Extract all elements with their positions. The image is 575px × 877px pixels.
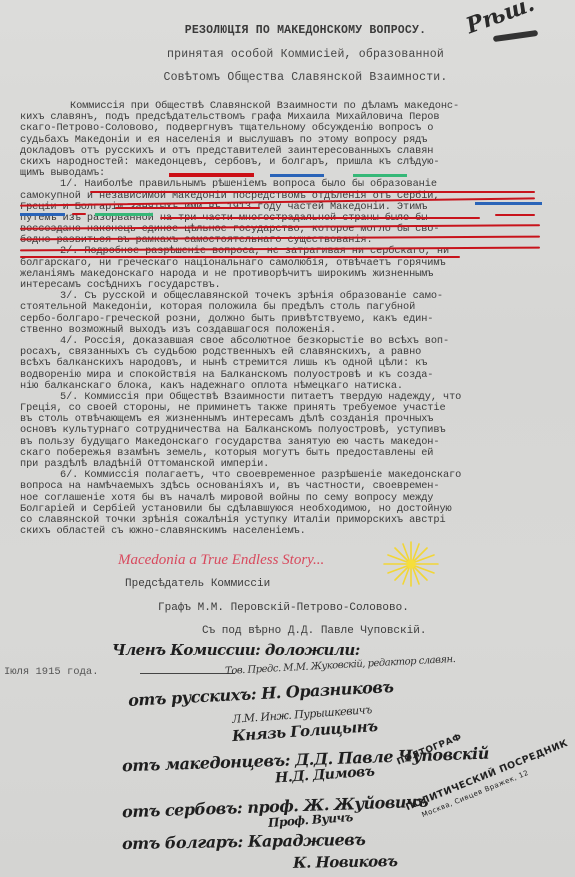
chairman-label: Предсѣдатель Коммиссіи [125, 578, 270, 590]
document-page: Рѣш. РЕЗОЛЮЦІЯ ПО МАКЕДОНСКОМУ ВОПРОСУ. … [0, 0, 575, 877]
document-subtitle-2: Совѣтомъ Общества Славянской Взаимности. [18, 71, 575, 84]
highlight-red-line [115, 207, 260, 209]
handwritten-signature: отъ болгаръ: Караджиевъ [122, 830, 366, 853]
watermark-text: Macedonia a True Endless Story... [118, 552, 324, 569]
date-rule [140, 673, 235, 674]
vergina-sun-icon [382, 541, 440, 587]
highlight-serbs [270, 174, 324, 177]
highlight-greece [20, 213, 65, 216]
highlight-red-line [160, 217, 480, 219]
document-title: РЕЗОЛЮЦІЯ ПО МАКЕДОНСКОМУ ВОПРОСУ. [18, 24, 575, 37]
highlight-bulgaria [95, 213, 153, 216]
chairman-name: Графъ М.М. Перовскій-Петрово-Соловово. [158, 602, 409, 614]
body-line: скихъ областей съ южно-славянскимъ насел… [20, 526, 560, 537]
document-subtitle-1: принятая особой Коммисіей, образованной [18, 48, 575, 61]
body-line: основъ культурнаго сотрудничества на Бал… [20, 425, 560, 436]
body-line: скаго-Петрово-Соловово, подвергнувъ тщат… [20, 123, 560, 134]
handwritten-signature: К. Новиковъ [293, 852, 398, 872]
highlight-bulgarians [353, 174, 407, 177]
highlight-red-line [495, 214, 535, 216]
body-line: стоятельной Македоніи, которая положила … [20, 302, 560, 313]
highlight-serbia [475, 202, 542, 205]
body-line: всѣхъ балканскихъ народовъ, и нынѣ стрем… [20, 358, 560, 369]
highlight-macedonians [169, 173, 254, 177]
handwritten-members-header: Членъ Комиссии: доложили: [112, 641, 360, 659]
highlight-red-line [72, 213, 86, 215]
highlight-red-line [20, 256, 460, 258]
resolution-body: Коммиссія при Обществѣ Славянской Взаимн… [20, 101, 560, 537]
body-line: водворенію мира и спокойствія на Балканс… [20, 370, 560, 381]
body-line: вопроса на намѣчаемыхъ здѣсь основаніяхъ… [20, 481, 560, 492]
paragraph-1-start: 1/. Наиболѣе правильнымъ рѣшеніемъ вопро… [20, 179, 560, 190]
document-date: Іюля 1915 года. [4, 666, 99, 678]
copy-certification: Съ под вѣрно Д.Д. Павле Чуповскій. [202, 625, 426, 637]
highlight-red-line [90, 191, 535, 193]
